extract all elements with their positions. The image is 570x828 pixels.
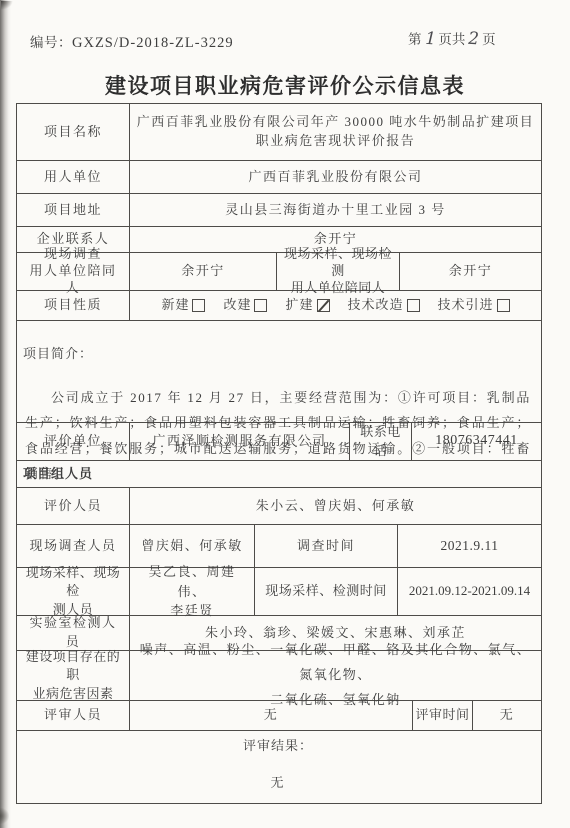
reviewers-value: 无	[130, 701, 413, 730]
sampling-escort-label: 现场采样、现场检测 用人单位陪同人	[277, 253, 400, 290]
survey-staff-label: 现场调查人员	[17, 525, 130, 567]
evaluators-label: 评价人员	[17, 488, 130, 524]
evaluators-value: 朱小云、曾庆娟、何承敏	[130, 488, 541, 524]
survey-escort-value: 余开宁	[130, 253, 277, 290]
nature-option-label: 新建	[161, 296, 189, 315]
checkbox-icon	[254, 299, 267, 312]
scan-smudge-bottom-left	[0, 808, 9, 824]
review-result-cell: 评审结果： 无	[17, 731, 541, 803]
survey-time-label: 调查时间	[255, 525, 398, 567]
sampling-staff-value: 吴乙良、周建伟、 李廷贤	[130, 568, 255, 615]
checkbox-icon	[192, 299, 205, 312]
sampling-time-value: 2021.09.12-2021.09.14	[398, 568, 541, 615]
table-row: 项目名称 广西百菲乳业股份有限公司年产 30000 吨水牛奶制品扩建项目职业病危…	[17, 104, 541, 161]
public-info-table: 项目名称 广西百菲乳业股份有限公司年产 30000 吨水牛奶制品扩建项目职业病危…	[16, 103, 542, 804]
table-row: 项目简介： 公司成立于 2017 年 12 月 27 日，主要经营范围为：①许可…	[17, 321, 541, 423]
nature-option-label: 扩建	[285, 296, 313, 315]
checkbox-icon	[407, 299, 420, 312]
document-number-value: GXZS/D-2018-ZL-3229	[72, 35, 234, 51]
nature-option-tech-upgrade: 技术改造	[348, 296, 420, 315]
nature-option-label: 改建	[223, 296, 251, 315]
project-name-value: 广西百菲乳业股份有限公司年产 30000 吨水牛奶制品扩建项目职业病危害现状评价…	[130, 104, 541, 160]
checkbox-icon	[497, 299, 510, 312]
project-address-label: 项目地址	[17, 194, 130, 226]
table-row: 用人单位 广西百菲乳业股份有限公司	[17, 161, 541, 194]
nature-option-label: 技术引进	[438, 296, 494, 315]
total-pages-handwritten: 2	[466, 29, 481, 50]
review-time-label: 评审时间	[413, 701, 473, 730]
nature-option-tech-import: 技术引进	[438, 296, 510, 315]
nature-option-rebuild: 改建	[223, 296, 267, 315]
survey-time-value: 2021.9.11	[398, 525, 541, 567]
review-result-value: 无	[270, 756, 285, 799]
scan-smudge-top-left	[1, 1, 13, 10]
page-number-handwritten: 1	[422, 29, 437, 50]
nature-option-label: 技术改造	[348, 296, 404, 315]
hazards-label: 建设项目存在的职 业病危害因素	[17, 651, 130, 700]
page-counter-suffix: 页	[482, 32, 496, 47]
team-section-header: 项目组人员	[17, 461, 541, 487]
employer-value: 广西百菲乳业股份有限公司	[130, 161, 541, 193]
nature-option-new: 新建	[161, 296, 205, 315]
page-counter-middle: 页共	[438, 32, 465, 47]
document-number-line: 编号：GXZS/D-2018-ZL-3229	[30, 31, 234, 52]
table-row: 项目地址 灵山县三海街道办十里工业园 3 号	[17, 194, 541, 227]
document-title: 建设项目职业病危害评价公示信息表	[0, 70, 570, 100]
page-counter: 第1页共2页	[408, 28, 496, 49]
project-intro-label: 项目简介：	[23, 345, 533, 364]
scan-shadow-left-edge	[0, 0, 11, 828]
review-time-value: 无	[473, 701, 541, 730]
project-name-label: 项目名称	[17, 104, 130, 160]
table-row: 现场调查 用人单位陪同人 余开宁 现场采样、现场检测 用人单位陪同人 余开宁	[17, 253, 541, 291]
nature-option-expand: 扩建	[285, 296, 329, 315]
table-row: 项目性质 新建 改建 扩建 技术改造 技术引进	[17, 291, 541, 321]
project-nature-options: 新建 改建 扩建 技术改造 技术引进	[130, 291, 541, 320]
table-row: 评审结果： 无	[17, 731, 541, 803]
employer-label: 用人单位	[17, 161, 130, 193]
project-nature-label: 项目性质	[17, 291, 130, 320]
project-intro-cell: 项目简介： 公司成立于 2017 年 12 月 27 日，主要经营范围为：①许可…	[17, 321, 541, 422]
document-number-label: 编号：	[30, 35, 72, 50]
lab-staff-label: 实验室检测人员	[17, 616, 130, 650]
table-row: 现场采样、现场检 测人员 吴乙良、周建伟、 李廷贤 现场采样、检测时间 2021…	[17, 568, 541, 616]
sampling-time-label: 现场采样、检测时间	[255, 568, 398, 615]
project-address-value: 灵山县三海街道办十里工业园 3 号	[130, 194, 541, 226]
scanned-document-page: 编号：GXZS/D-2018-ZL-3229 第1页共2页 建设项目职业病危害评…	[0, 0, 570, 828]
evaluation-org-label: 评价单位	[17, 423, 130, 460]
checkbox-checked-icon	[317, 299, 330, 312]
review-result-label: 评审结果：	[243, 737, 313, 756]
sampling-staff-label: 现场采样、现场检 测人员	[17, 568, 130, 615]
table-row: 现场调查人员 曾庆娟、何承敏 调查时间 2021.9.11	[17, 525, 541, 568]
page-counter-prefix: 第	[408, 32, 422, 47]
table-row: 评价单位 广西泽顺检测服务有限公司 联系电话 18076347441	[17, 423, 541, 461]
phone-label: 联系电话	[350, 423, 412, 460]
table-row: 评价人员 朱小云、曾庆娟、何承敏	[17, 488, 541, 525]
sampling-escort-value: 余开宁	[400, 253, 541, 290]
survey-escort-label: 现场调查 用人单位陪同人	[17, 253, 130, 290]
evaluation-org-value: 广西泽顺检测服务有限公司	[130, 423, 350, 460]
hazards-value: 噪声、高温、粉尘、一氧化碳、甲醛、铬及其化合物、氯气、氮氧化物、 二氧化硫、氢氧…	[130, 651, 541, 700]
table-row: 评审人员 无 评审时间 无	[17, 701, 541, 731]
table-row: 建设项目存在的职 业病危害因素 噪声、高温、粉尘、一氧化碳、甲醛、铬及其化合物、…	[17, 651, 541, 701]
table-row: 项目组人员	[17, 461, 541, 488]
survey-staff-value: 曾庆娟、何承敏	[130, 525, 255, 567]
reviewers-label: 评审人员	[17, 701, 130, 730]
phone-value: 18076347441	[412, 423, 541, 460]
